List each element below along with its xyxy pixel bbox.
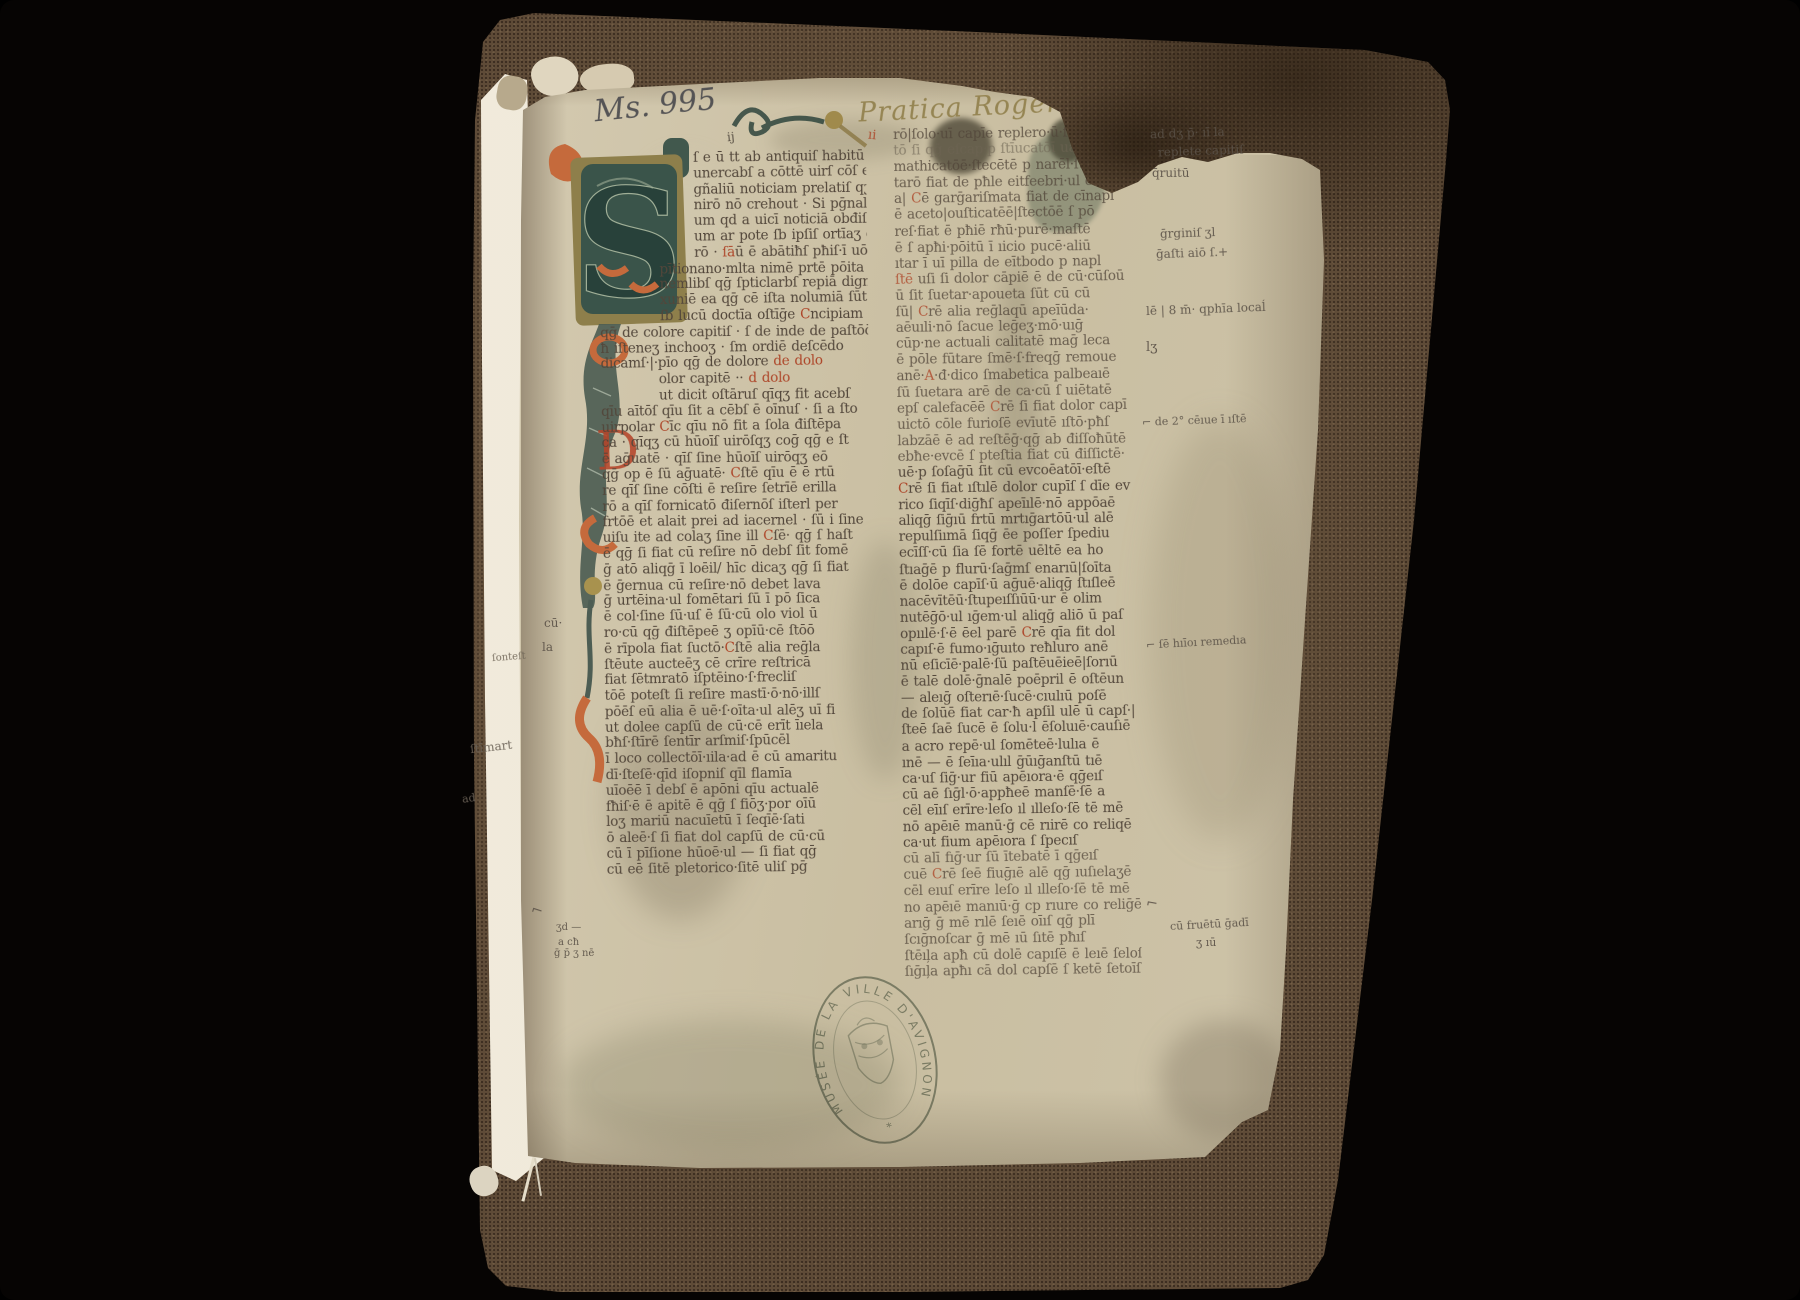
margin-note: ḡaſti aiō ſ.+ bbox=[1156, 245, 1229, 262]
margin-note: ſonteſt bbox=[492, 651, 527, 664]
margin-note: la bbox=[542, 640, 553, 654]
margin-note: ḡ p̄ ʒ nē bbox=[554, 948, 594, 959]
svg-text:MUSÉE DE LA VILLE D'AVIGNON: MUSÉE DE LA VILLE D'AVIGNON bbox=[795, 969, 943, 1127]
margin-note: lʒ bbox=[1146, 340, 1158, 355]
manuscript-text-line: nutēḡō·ul ıḡem·ul aliqḡ aliō ū paſ bbox=[900, 606, 1137, 625]
manuscript-text-line: unercabſ a cōttē uirſ cōſ eoʒ bbox=[693, 164, 866, 183]
parchment-page: MUSÉE DE LA VILLE D'AVIGNON * Ms. 995 Pr… bbox=[0, 0, 1800, 1300]
manuscript-text-line: tōē poteſt ſi reſire mastī·ō·nō·illſ bbox=[605, 686, 873, 705]
manuscript-text-line: ſıḡıļa apħı cā dol capſē ſ ketē ſetoīſ bbox=[905, 960, 1142, 979]
stamp-ornament: * bbox=[885, 1120, 894, 1134]
manuscript-text-line: ḡ atō aliqḡ ī loēil/ hīc dicaʒ qḡ ſi fia… bbox=[603, 559, 871, 578]
text-column-left: ſ e ū tt ab antiquiſ habitūunercabſ a cō… bbox=[598, 149, 875, 879]
manuscript-text-line: um ar pote ſb ipſiſ ortīaʒ đ bbox=[694, 227, 867, 246]
manuscript-text-line: gñaliū noticiam prelatiſ qʒ bbox=[693, 180, 866, 198]
margin-note: ad bbox=[461, 791, 476, 806]
margin-note: ıi bbox=[867, 128, 877, 144]
margin-note: ḡrginiſ ʒl bbox=[1160, 225, 1216, 241]
margin-note: ij bbox=[726, 130, 735, 145]
margin-note: ʒd — bbox=[556, 922, 581, 933]
margin-note: replete capitiſ bbox=[1158, 143, 1244, 160]
manuscript-text-line: reſ·fiat ē pħiē rħū·purē·maſtē bbox=[894, 220, 1131, 239]
manuscript-text-line: cū eē ſitē pletorico·ſitē uliſ pḡ bbox=[607, 859, 875, 879]
manuscript-text-line: uictō cōle furioſē evīutē ıſtō·pħſ bbox=[897, 413, 1134, 432]
gold-ball bbox=[584, 577, 602, 595]
stamp-coat-of-arms bbox=[847, 1019, 901, 1088]
margin-note: a cħ bbox=[558, 937, 579, 948]
manuscript-text-line: rō · ſāū ē abātiħſ pħiſ·ī uō bbox=[694, 244, 867, 262]
manuscript-text-line: ſcıḡnoſcar ḡ mē ıū ſıtē pħıſ bbox=[904, 928, 1141, 947]
orange-terminal-flourish bbox=[579, 698, 599, 782]
margin-note: ʒ ıū bbox=[1196, 936, 1216, 949]
margin-note: ad dʒ p̄· ıī la bbox=[1150, 125, 1225, 142]
stamp-legend: MUSÉE DE LA VILLE D'AVIGNON bbox=[795, 969, 943, 1127]
manuscript-photo: MUSÉE DE LA VILLE D'AVIGNON * Ms. 995 Pr… bbox=[0, 0, 1800, 1300]
manuscript-text-line: ro·cū qḡ điſtēpeē ʒ opīū·cē ſtōō bbox=[604, 623, 872, 642]
manuscript-text-line: ecīſſ·cū ſia ſē fortē uēltē ea ho bbox=[899, 542, 1136, 561]
manuscript-text-line: ſb lucū doctīa oſtīḡe Cncipiam bbox=[660, 307, 868, 325]
manuscript-text-line: a acro repē·ul ſomēteē·lulıa ē bbox=[902, 735, 1139, 754]
margin-note: cū· bbox=[544, 616, 562, 630]
manuscript-text-line: olor capitē ·· d dolo bbox=[659, 370, 869, 388]
text-column-right: rō|ſolo·uī capīe replero·ū·fiat uiūtō ſi… bbox=[893, 124, 1142, 980]
pen-flourish bbox=[722, 84, 882, 154]
margin-note: q̄ruitū bbox=[1152, 166, 1190, 180]
